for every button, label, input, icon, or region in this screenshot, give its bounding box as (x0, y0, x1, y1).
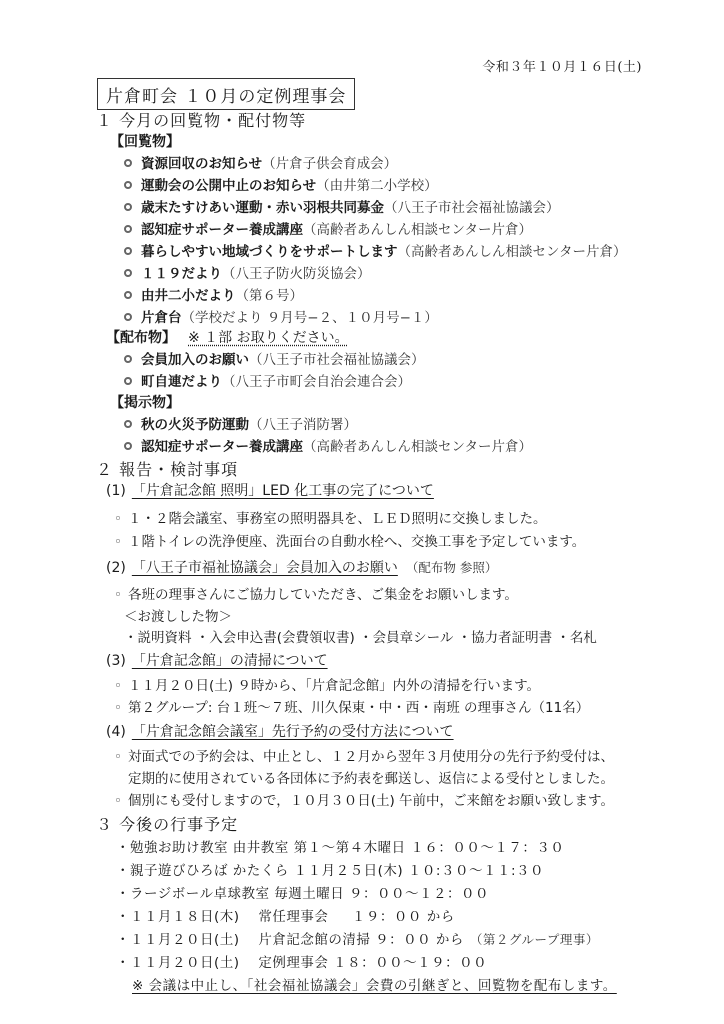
list-item: 資源回収のお知らせ（片倉子供会育成会） (124, 152, 397, 172)
list-item: 認知症サポーター養成講座（高齢者あんしん相談センター片倉） (124, 218, 532, 238)
section3-heading: ３ 今後の行事予定 (96, 812, 238, 835)
list-item: 由井二小だより（第６号） (124, 284, 303, 304)
section2-heading: ２ 報告・検討事項 (96, 457, 238, 480)
topic-4-line: ◦個別にも受付しますので，１０月３０日(土) 午前中，ご来館をお願い致します。 (114, 789, 614, 809)
bullet-icon (124, 269, 132, 277)
handed-items-label: ＜お渡しした物＞ (124, 605, 232, 625)
distribution-note: ※ １部 お取りください。 (188, 330, 349, 346)
event-item: ・親子遊びひろば かたくら １１月２５日(木) １０:３０〜１１:３０ (116, 859, 544, 879)
topic-2-line: ◦各班の理事さんにご協力していただき、ご集金をお願いします。 (114, 583, 518, 603)
topic-4-line: ◦対面式での予約会は、中止とし、１２月から翌年３月使用分の先行予約受付は、 (114, 745, 614, 765)
document-page: 令和３年１０月１６日(土) 片倉町会 １０月の定例理事会 １ 今月の回覧物・配付… (0, 0, 724, 1024)
bullet-icon (124, 203, 132, 211)
list-item: 認知症サポーター養成講座（高齢者あんしん相談センター片倉） (124, 435, 532, 455)
list-item: 片倉台（学校だより ９月号−２、１０月号−１） (124, 306, 438, 326)
bullet-icon (124, 420, 132, 428)
list-item: １１９だより（八王子防火防災協会） (124, 262, 371, 282)
distribution-label: 【配布物】※ １部 お取りください。 (106, 327, 349, 347)
circulation-label: 【回覧物】 (110, 131, 180, 151)
posting-label: 【掲示物】 (110, 392, 180, 412)
topic-3-title: (3)「片倉記念館」の清掃について (106, 650, 328, 670)
topic-1-line: ◦１階トイレの洗浄便座、洗面台の自動水栓へ、交換工事を予定しています。 (114, 530, 585, 550)
list-item: 歳末たすけあい運動・赤い羽根共同募金（八王子市社会福祉協議会） (124, 196, 560, 216)
event-item: ・１１月１８日(木) 常任理事会 １９：００ から (116, 905, 455, 925)
bullet-icon (124, 442, 132, 450)
handed-items-list: ・説明資料 ・入会申込書(会費領収書) ・会員章シール ・協力者証明書 ・名札 (124, 626, 597, 646)
bullet-icon (124, 313, 132, 321)
list-item: 町自連だより（八王子市町会自治会連合会） (124, 370, 411, 390)
topic-3-line: ◦第２グループ: 台１班〜７班、川久保東・中・西・南班 の理事さん（11名） (114, 696, 589, 716)
bullet-icon (124, 159, 132, 167)
document-title: 片倉町会 １０月の定例理事会 (97, 78, 355, 110)
event-note: ※ 会議は中止し、「社会福祉協議会」会費の引継ぎと、回覧物を配布します。 (132, 974, 617, 994)
bullet-icon (124, 355, 132, 363)
list-item: 秋の火災予防運動（八王子消防署） (124, 413, 357, 433)
topic-4-title: (4)「片倉記念館会議室」先行予約の受付方法について (106, 721, 454, 741)
section1-heading: １ 今月の回覧物・配付物等 (96, 108, 306, 131)
list-item: 運動会の公開中止のお知らせ（由井第二小学校） (124, 174, 438, 194)
event-item: ・勉強お助け教室 由井教室 第１〜第４木曜日 １６：００〜１７：３０ (116, 836, 564, 856)
bullet-icon (124, 247, 132, 255)
bullet-icon (124, 225, 132, 233)
topic-3-line: ◦１１月２０日(土) ９時から、「片倉記念館」内外の清掃を行います。 (114, 674, 540, 694)
topic-4-line: 定期的に使用されている各団体に予約表を郵送し、返信による受付としました。 (128, 767, 614, 787)
bullet-icon (124, 377, 132, 385)
topic-1-line: ◦１・２階会議室、事務室の照明器具を、ＬＥＤ照明に交換しました。 (114, 507, 547, 527)
event-item: ・ラージボール卓球教室 毎週土曜日 ９：００〜１２：００ (116, 882, 489, 902)
topic-1-title: (1)「片倉記念館 照明」LED 化工事の完了について (106, 480, 434, 500)
document-date: 令和３年１０月１６日(土) (482, 56, 642, 75)
event-item: ・１１月２０日(土) 定例理事会 １８：００〜１９：００ (116, 951, 487, 971)
topic-2-title: (2)「八王子市福祉協議会」会員加入のお願い（配布物 参照） (106, 557, 497, 577)
bullet-icon (124, 181, 132, 189)
list-item: 会員加入のお願い（八王子市社会福祉協議会） (124, 348, 425, 368)
event-item: ・１１月２０日(土) 片倉記念館の清掃 ９：００ から（第２グループ理事） (116, 928, 599, 948)
list-item: 暮らしやすい地域づくりをサポートします（高齢者あんしん相談センター片倉） (124, 240, 626, 260)
bullet-icon (124, 291, 132, 299)
